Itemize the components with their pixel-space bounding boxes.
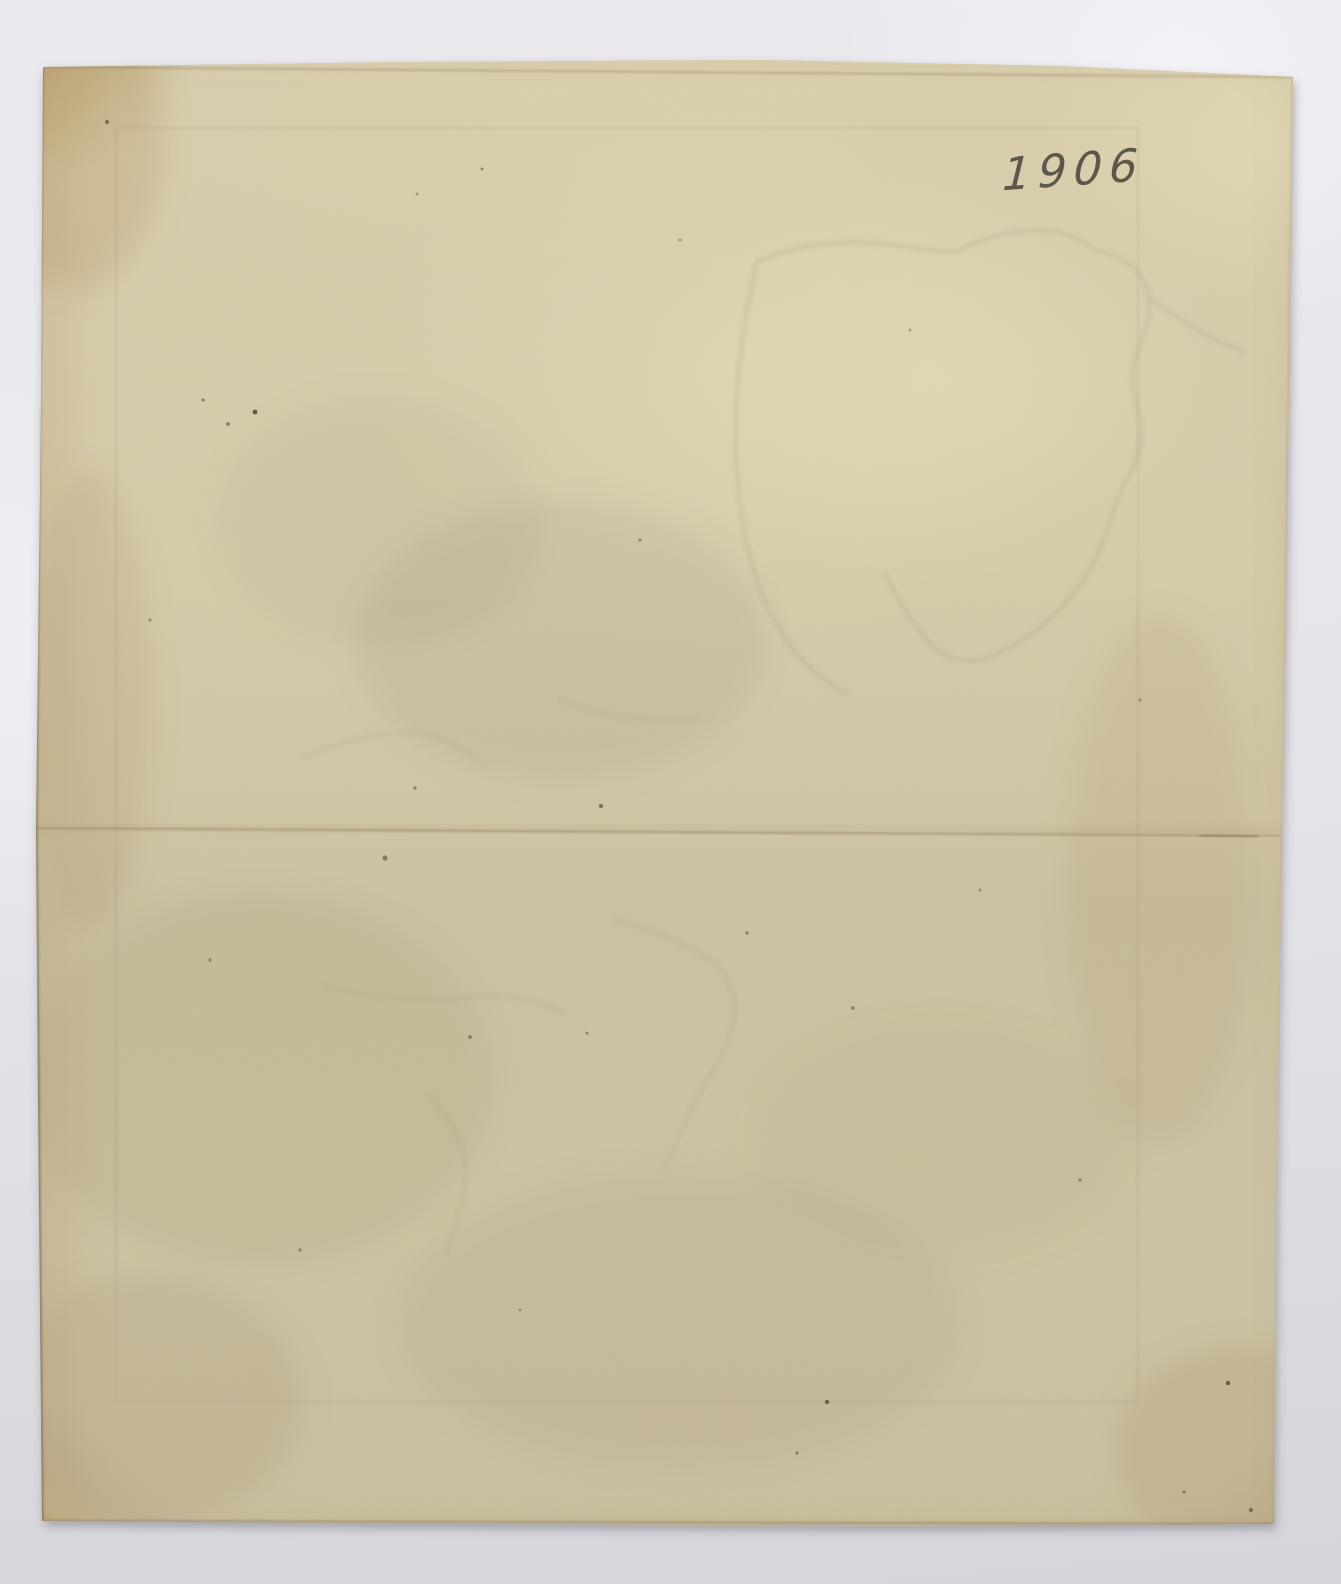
paper-shadow: 1906 (0, 0, 1341, 1584)
paper-detail-layer (0, 0, 1341, 1584)
map-verso-sheet: 1906 (0, 0, 1341, 1584)
photograph-of-map-verso: 1906 (0, 0, 1341, 1584)
handwritten-year: 1906 (1001, 138, 1146, 201)
